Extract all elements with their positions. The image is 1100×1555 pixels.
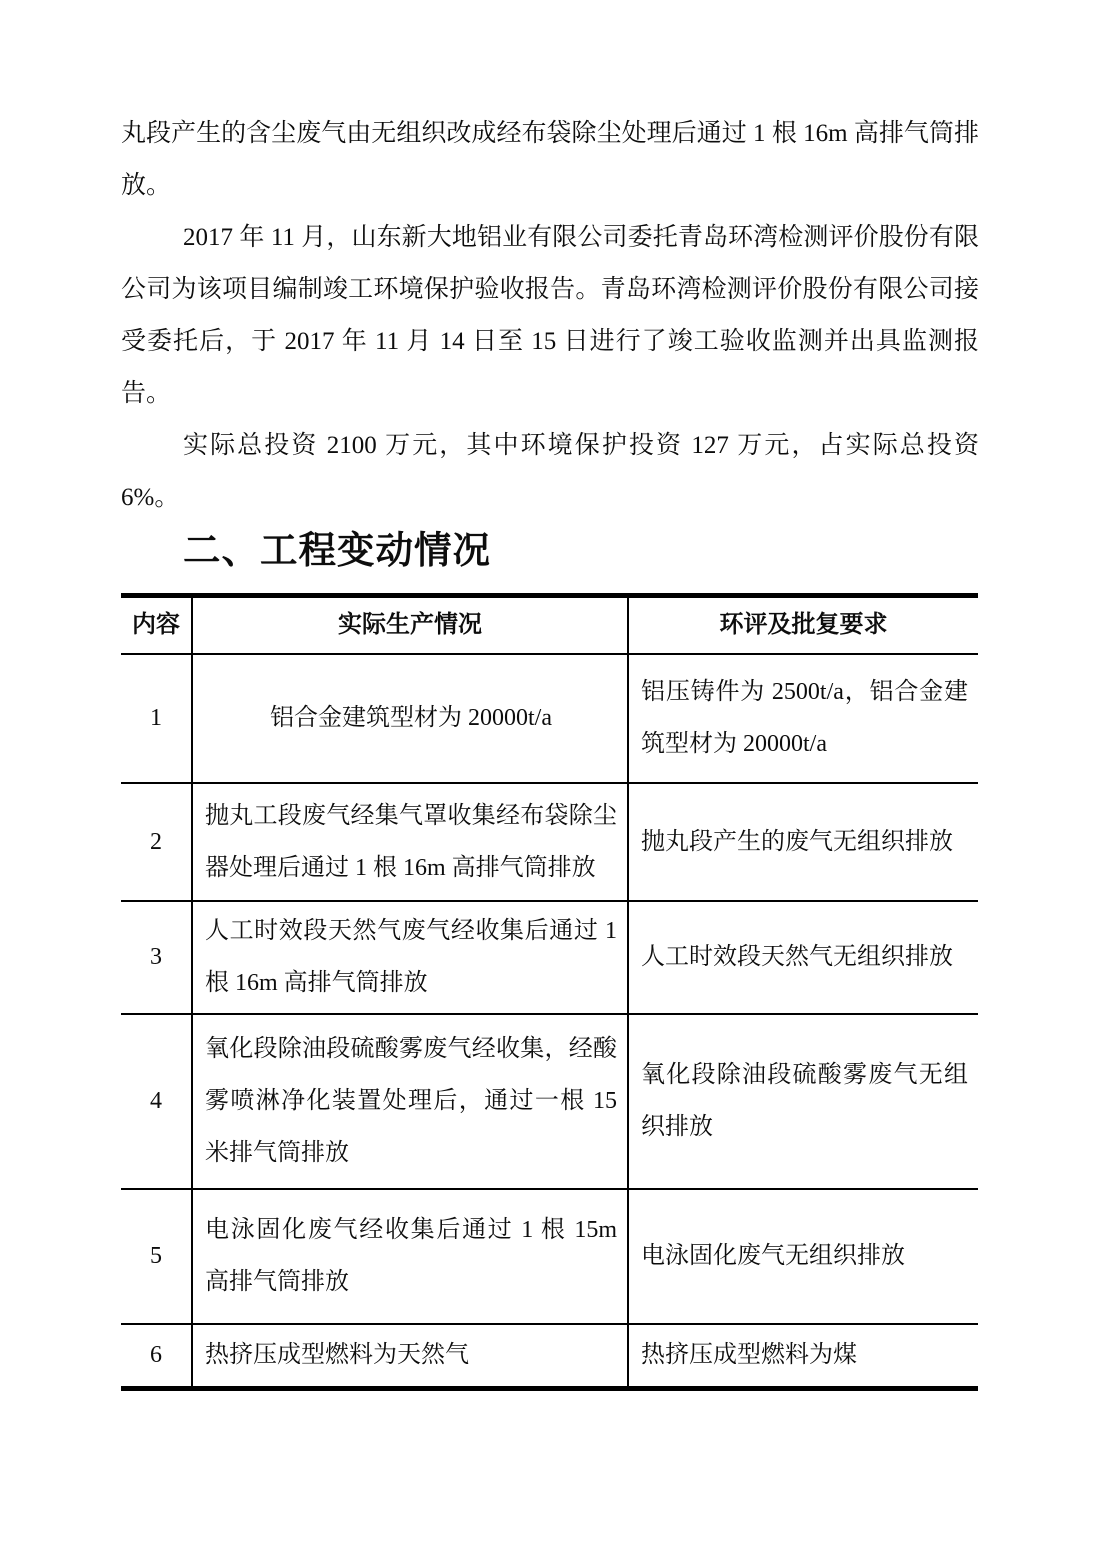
actual-production-cell: 氧化段除油段硫酸雾废气经收集，经酸雾喷淋净化装置处理后，通过一根 15 米排气筒… (192, 1014, 628, 1189)
table-row: 2 抛丸工段废气经集气罩收集经布袋除尘器处理后通过 1 根 16m 高排气筒排放… (121, 783, 978, 901)
table-row: 3 人工时效段天然气废气经收集后通过 1 根 16m 高排气筒排放 人工时效段天… (121, 901, 978, 1014)
actual-production-cell: 人工时效段天然气废气经收集后通过 1 根 16m 高排气筒排放 (192, 901, 628, 1014)
document-page: 丸段产生的含尘废气由无组织改成经布袋除尘处理后通过 1 根 16m 高排气筒排放… (0, 0, 1100, 1555)
paragraph-investment: 实际总投资 2100 万元，其中环境保护投资 127 万元，占实际总投资 6%。 (121, 420, 979, 524)
column-header-actual-production: 实际生产情况 (192, 596, 628, 654)
row-number: 5 (121, 1189, 192, 1324)
row-number: 3 (121, 901, 192, 1014)
table-row: 6 热挤压成型燃料为天然气 热挤压成型燃料为煤 (121, 1324, 978, 1389)
paragraph-commission-2017: 2017 年 11 月，山东新大地铝业有限公司委托青岛环湾检测评价股份有限公司为… (121, 212, 979, 420)
table-row: 4 氧化段除油段硫酸雾废气经收集，经酸雾喷淋净化装置处理后，通过一根 15 米排… (121, 1014, 978, 1189)
table-row: 1 铝合金建筑型材为 20000t/a 铝压铸件为 2500t/a，铝合金建筑型… (121, 654, 978, 783)
eia-requirement-cell: 人工时效段天然气无组织排放 (628, 901, 978, 1014)
actual-production-cell: 热挤压成型燃料为天然气 (192, 1324, 628, 1389)
column-header-eia-requirement: 环评及批复要求 (628, 596, 978, 654)
section-heading-project-changes: 二、工程变动情况 (121, 526, 979, 578)
row-number: 1 (121, 654, 192, 783)
row-number: 2 (121, 783, 192, 901)
row-number: 4 (121, 1014, 192, 1189)
eia-requirement-cell: 铝压铸件为 2500t/a，铝合金建筑型材为 20000t/a (628, 654, 978, 783)
actual-production-cell: 抛丸工段废气经集气罩收集经布袋除尘器处理后通过 1 根 16m 高排气筒排放 (192, 783, 628, 901)
actual-production-cell: 铝合金建筑型材为 20000t/a (192, 654, 628, 783)
paragraph-exhaust-continuation: 丸段产生的含尘废气由无组织改成经布袋除尘处理后通过 1 根 16m 高排气筒排放… (121, 108, 979, 212)
column-header-content: 内容 (121, 596, 192, 654)
eia-requirement-cell: 氧化段除油段硫酸雾废气无组织排放 (628, 1014, 978, 1189)
eia-requirement-cell: 电泳固化废气无组织排放 (628, 1189, 978, 1324)
table-header-row: 内容 实际生产情况 环评及批复要求 (121, 596, 978, 654)
eia-requirement-cell: 热挤压成型燃料为煤 (628, 1324, 978, 1389)
eia-requirement-cell: 抛丸段产生的废气无组织排放 (628, 783, 978, 901)
actual-production-cell: 电泳固化废气经收集后通过 1 根 15m 高排气筒排放 (192, 1189, 628, 1324)
table-row: 5 电泳固化废气经收集后通过 1 根 15m 高排气筒排放 电泳固化废气无组织排… (121, 1189, 978, 1324)
project-change-table: 内容 实际生产情况 环评及批复要求 1 铝合金建筑型材为 20000t/a 铝压… (121, 593, 978, 1391)
row-number: 6 (121, 1324, 192, 1389)
